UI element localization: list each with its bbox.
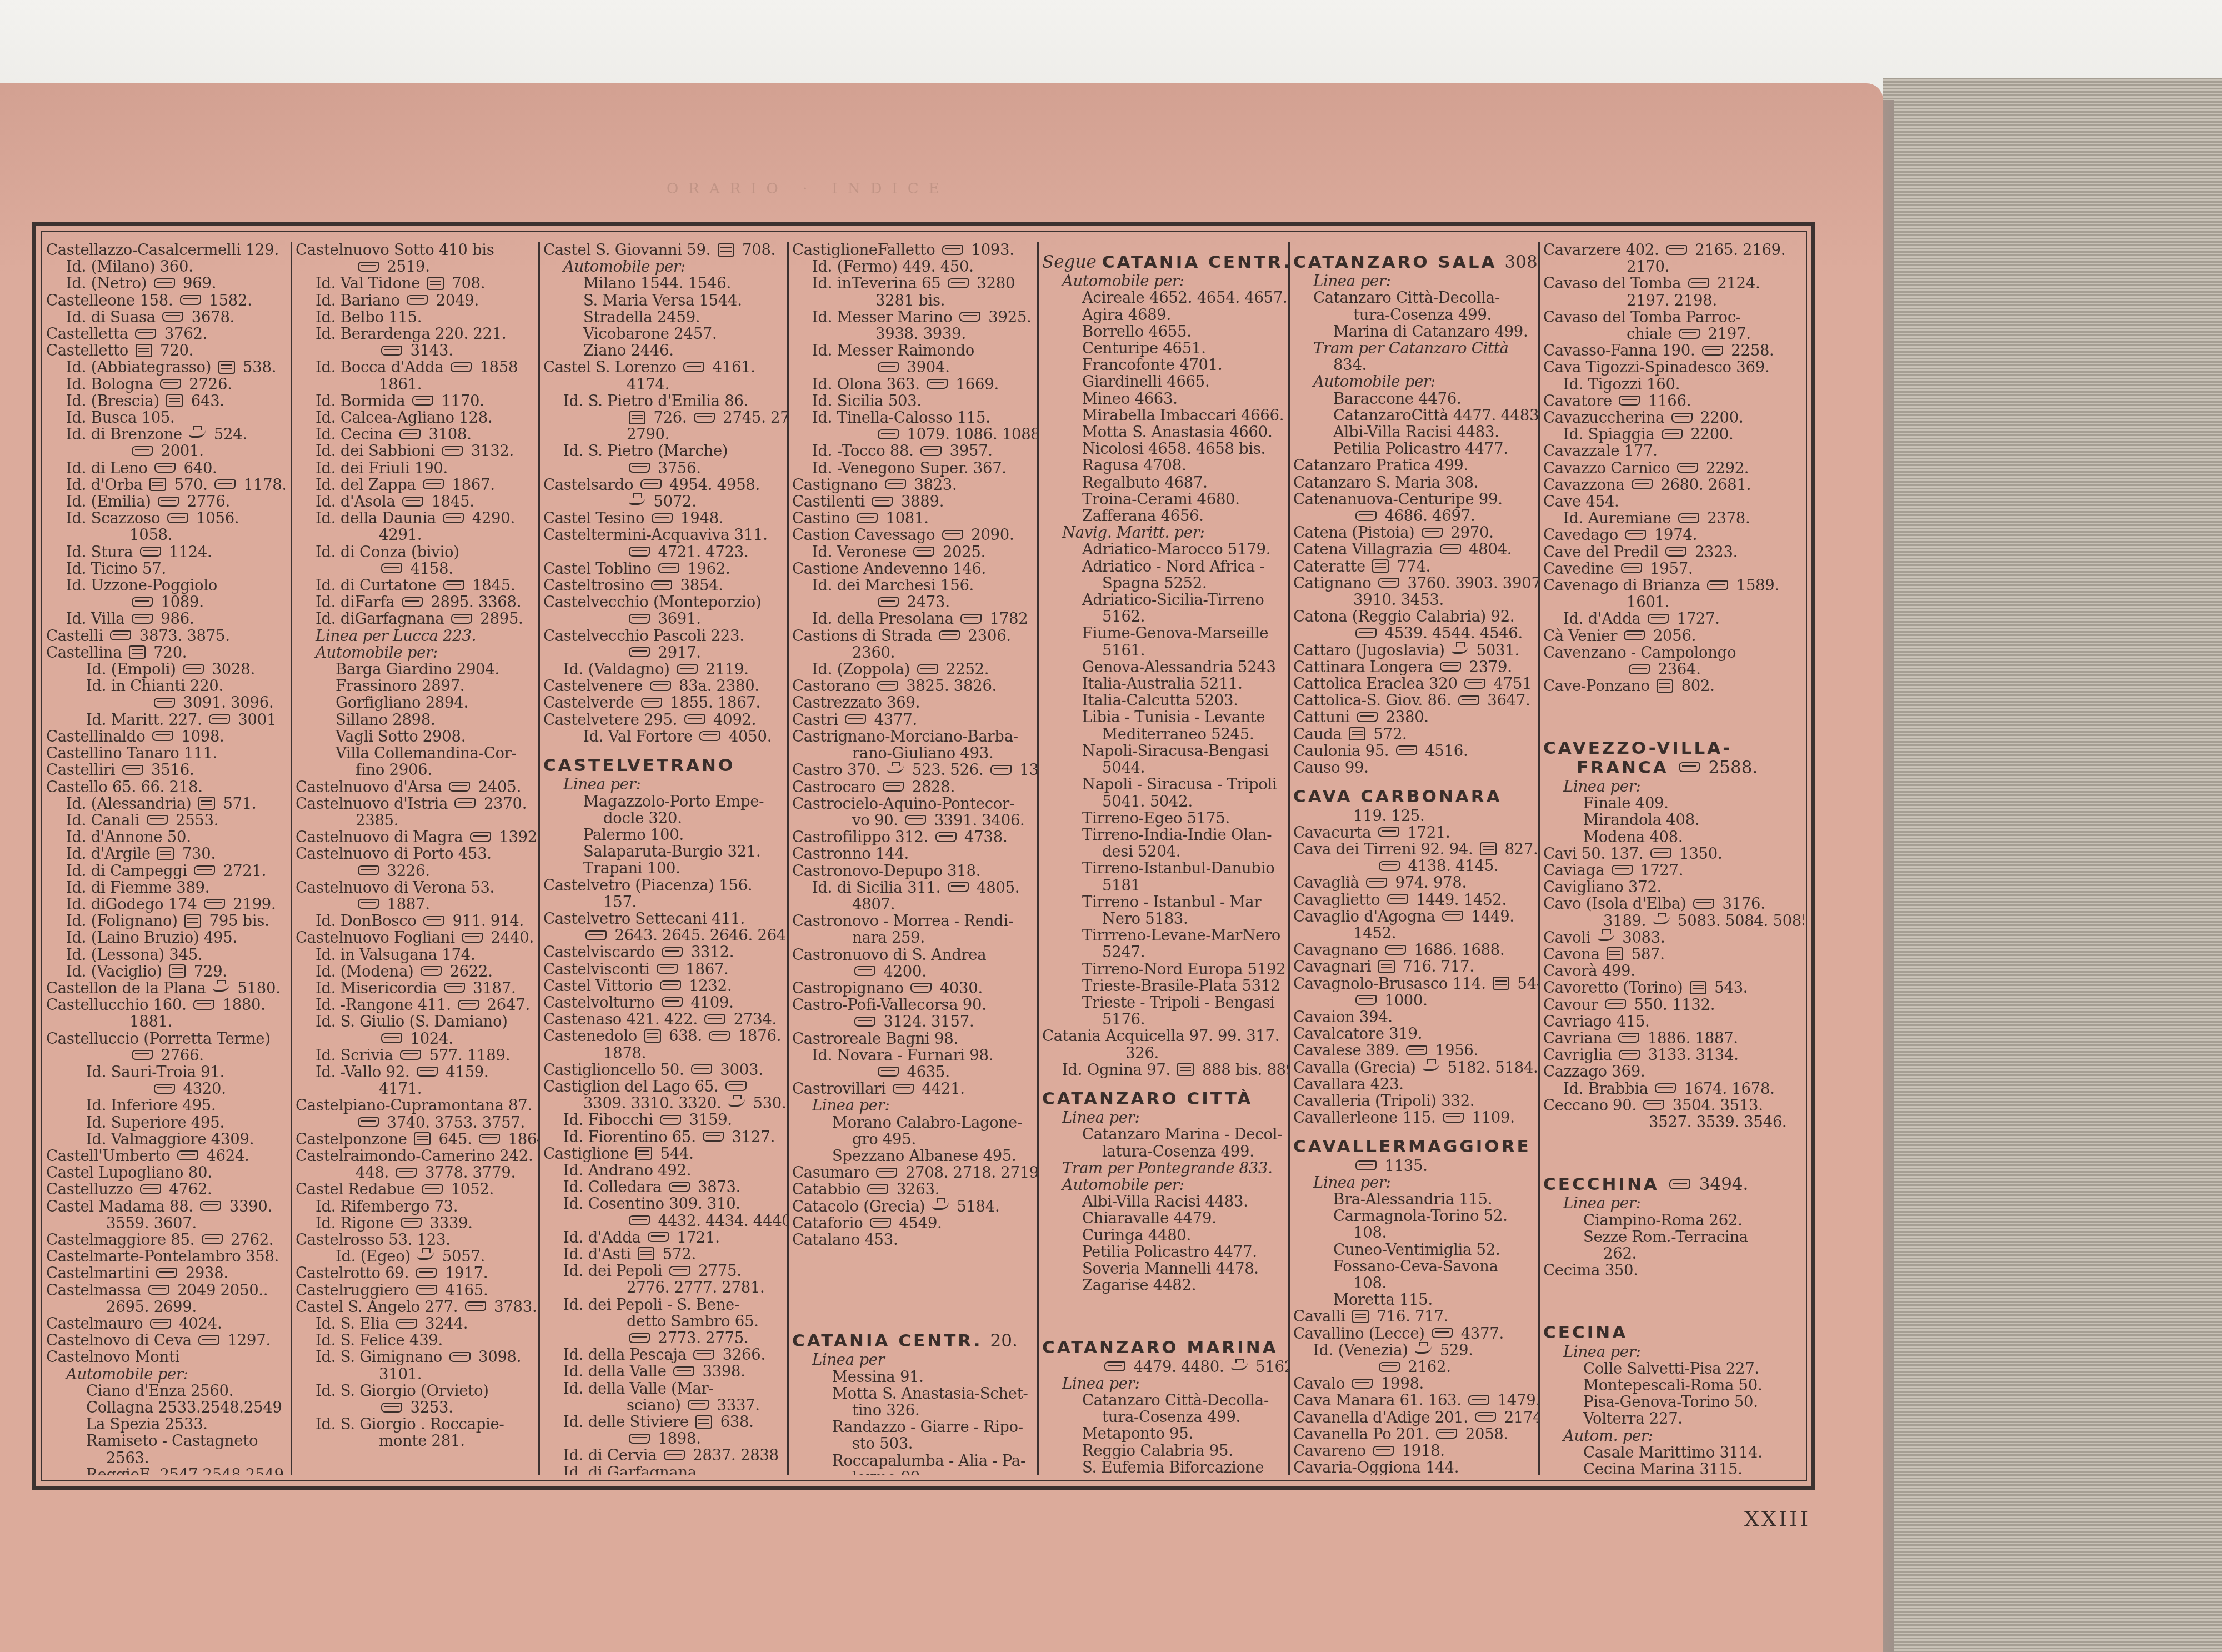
index-entry: Id. (Brescia) 643. bbox=[46, 393, 285, 409]
index-entry: 3559. 3607. bbox=[46, 1215, 285, 1232]
index-entry: Cattolica Eraclea 320 4751 bbox=[1293, 675, 1538, 692]
index-entry: Cecina Marina 3115. bbox=[1543, 1461, 1804, 1475]
index-entry: Roccapalumba - Alia - Pa- bbox=[792, 1453, 1037, 1469]
index-entry: Cavacurta 1721. bbox=[1293, 824, 1538, 841]
index-entry: Castelponzone 645. 1864. bbox=[296, 1131, 538, 1148]
bus-automobile-icon bbox=[877, 681, 898, 691]
index-entry: Castino 1081. bbox=[792, 510, 1037, 527]
heading-reference-numbers: 308 bbox=[1505, 252, 1538, 272]
index-entry: 1887. bbox=[296, 896, 538, 913]
index-entry: Castelnuovo di Magra 1392. bbox=[296, 829, 538, 845]
index-entry: Trieste - Tripoli - Bengasi bbox=[1042, 994, 1288, 1011]
index-entry: Castelnuovo d'Istria 2370. bbox=[296, 795, 538, 812]
index-entry: desi 5204. bbox=[1042, 843, 1288, 860]
index-entry: Id. Val Fortore 4050. bbox=[543, 728, 787, 745]
index-entry: Catona (Reggio Calabria) 92. bbox=[1293, 608, 1538, 625]
index-entry: 3910. 3453. bbox=[1293, 592, 1538, 608]
index-entry: Id. S. Pietro d'Emilia 86. bbox=[543, 393, 787, 409]
bus-automobile-icon bbox=[1458, 695, 1479, 705]
service-type-label: Automobile per: bbox=[296, 644, 538, 661]
bus-automobile-icon bbox=[1432, 1328, 1453, 1338]
bus-automobile-icon bbox=[948, 278, 969, 288]
index-entry: 5072. bbox=[543, 493, 787, 510]
index-entry: Id. di Curtatone 1845. bbox=[296, 577, 538, 594]
index-entry: 4320. bbox=[46, 1080, 285, 1097]
index-entry: Castelnuovo d'Arsa 2405. bbox=[296, 779, 538, 795]
index-entry: 5176. bbox=[1042, 1011, 1288, 1028]
index-entry: Castel S. Giovanni 59. 708. bbox=[543, 242, 787, 258]
bus-automobile-icon bbox=[462, 933, 483, 943]
bus-automobile-icon bbox=[401, 1218, 422, 1228]
bus-automobile-icon bbox=[156, 1268, 177, 1278]
train-carriage-icon bbox=[1349, 727, 1365, 740]
index-column-3: Castel S. Giovanni 59. 708.Automobile pe… bbox=[538, 242, 787, 1475]
section-heading: CATANZARO SALA308 bbox=[1293, 254, 1538, 271]
index-entry: vo 90. 3391. 3406. bbox=[792, 812, 1037, 829]
index-entry: Cava Tigozzi-Spinadesco 369. bbox=[1543, 359, 1804, 376]
index-entry: Id. (Abbiategrasso) 538. bbox=[46, 359, 285, 376]
bus-automobile-icon bbox=[444, 983, 465, 993]
index-entry: Spezzano Albanese 495. bbox=[792, 1148, 1037, 1164]
index-entry: Cavorà 499. bbox=[1543, 963, 1804, 979]
index-entry: Petilia Policastro 4477. bbox=[1293, 440, 1538, 457]
bus-automobile-icon bbox=[1650, 848, 1671, 858]
index-entry: 2364. bbox=[1543, 661, 1804, 678]
index-entry: 3691. bbox=[543, 610, 787, 627]
bus-automobile-icon bbox=[202, 1234, 223, 1244]
bus-automobile-icon bbox=[878, 1067, 899, 1077]
bus-automobile-icon bbox=[1385, 945, 1406, 955]
index-entry: Cavalla (Grecia) 5182. 5184. bbox=[1293, 1059, 1538, 1076]
steamship-icon bbox=[932, 1202, 949, 1210]
bus-automobile-icon bbox=[399, 429, 421, 439]
bus-automobile-icon bbox=[1379, 1362, 1400, 1372]
index-entry: Centuripe 4651. bbox=[1042, 340, 1288, 357]
bus-automobile-icon bbox=[878, 597, 899, 607]
index-entry: Cavazzona 2680. 2681. bbox=[1543, 477, 1804, 493]
index-entry: Id. (Modena) 2622. bbox=[296, 963, 538, 980]
section-heading: CASTELVETRANO bbox=[543, 757, 787, 774]
index-entry: Nero 5183. bbox=[1042, 910, 1288, 927]
index-entry: Id. Scrivia 577. 1189. bbox=[296, 1047, 538, 1064]
bus-automobile-icon bbox=[673, 1366, 694, 1376]
service-type-label: Linea per: bbox=[1543, 1195, 1804, 1212]
bus-automobile-icon bbox=[154, 698, 175, 708]
index-entry: Castelnuovo Fogliani 2440. bbox=[296, 929, 538, 946]
index-entry: Castelmassa 2049 2050.. bbox=[46, 1282, 285, 1299]
train-carriage-icon bbox=[1378, 960, 1395, 973]
index-entry: Sillano 2898. bbox=[296, 712, 538, 728]
index-entry: 157. bbox=[543, 894, 787, 910]
index-entry: Id. d'Orba 570. 1178. bbox=[46, 477, 285, 493]
index-entry: Cavasso-Fanna 190. 2258. bbox=[1543, 342, 1804, 359]
bus-automobile-icon bbox=[648, 1232, 669, 1242]
index-entry: Palermo 100. bbox=[543, 827, 787, 843]
bus-automobile-icon bbox=[1443, 1113, 1464, 1123]
index-entry: Id. S. Giulio (S. Damiano) bbox=[296, 1013, 538, 1030]
index-entry: 2790. bbox=[543, 426, 787, 443]
index-entry: Cavagnolo-Brusasco 114. 544 bbox=[1293, 975, 1538, 992]
bus-automobile-icon bbox=[664, 1450, 685, 1460]
bus-automobile-icon bbox=[421, 966, 442, 976]
index-entry: Albi-Villa Racisi 4483. bbox=[1042, 1193, 1288, 1210]
index-entry: Adriatico-Sicilia-Tirreno bbox=[1042, 592, 1288, 608]
bus-automobile-icon bbox=[1475, 1412, 1496, 1422]
index-entry: Id. Brabbia 1674. 1678. bbox=[1543, 1080, 1804, 1097]
index-entry: Castelvetro (Piacenza) 156. bbox=[543, 877, 787, 894]
bus-automobile-icon bbox=[662, 997, 683, 1007]
index-entry: Bra-Alessandria 115. bbox=[1293, 1191, 1538, 1208]
heading-text: CATANZARO SALA bbox=[1293, 252, 1497, 272]
bus-automobile-icon bbox=[883, 782, 904, 792]
train-carriage-icon bbox=[1657, 679, 1673, 693]
index-entry: Cavalleria (Tripoli) 332. bbox=[1293, 1093, 1538, 1109]
index-entry: Casale Marittimo 3114. bbox=[1543, 1444, 1804, 1461]
index-entry: Id. di Fiemme 389. bbox=[46, 879, 285, 896]
index-entry: Colle Salvetti-Pisa 227. bbox=[1543, 1360, 1804, 1377]
index-entry: Castell'Umberto 4624. bbox=[46, 1148, 285, 1164]
index-entry: Id. Novara - Furnari 98. bbox=[792, 1047, 1037, 1064]
index-entry: Napoli - Siracusa - Tripoli bbox=[1042, 776, 1288, 793]
index-entry: Castronovo - Morrea - Rendi- bbox=[792, 913, 1037, 929]
index-entry: Catania Acquicella 97. 99. 317. bbox=[1042, 1028, 1288, 1044]
index-entry: Id. Bocca d'Adda 1858 bbox=[296, 359, 538, 376]
index-entry: sciano) 3337. bbox=[543, 1397, 787, 1414]
index-entry: Agira 4689. bbox=[1042, 307, 1288, 323]
bus-automobile-icon bbox=[358, 899, 379, 909]
index-entry: Zagarise 4482. bbox=[1042, 1277, 1288, 1294]
index-entry: Id. in Valsugana 174. bbox=[296, 947, 538, 963]
index-entry: Catenanuova-Centuripe 99. bbox=[1293, 491, 1538, 508]
train-carriage-icon bbox=[629, 411, 645, 424]
index-entry: Id. Auremiane 2378. bbox=[1543, 510, 1804, 527]
index-entry: Id. di Suasa 3678. bbox=[46, 309, 285, 326]
index-entry: 5181 bbox=[1042, 877, 1288, 894]
bus-automobile-icon bbox=[132, 1050, 153, 1060]
spacer bbox=[1042, 1294, 1288, 1327]
index-entry: Tirreno-Nord Europa 5192 bbox=[1042, 961, 1288, 978]
index-entry: 1452. bbox=[1293, 925, 1538, 942]
index-entry: 3309. 3310. 3320. 530. bbox=[543, 1095, 787, 1112]
index-entry: 4686. 4697. bbox=[1293, 508, 1538, 524]
train-carriage-icon bbox=[129, 645, 146, 659]
index-entry: Giardinelli 4665. bbox=[1042, 373, 1288, 390]
index-entry: Catalano 453. bbox=[792, 1232, 1037, 1248]
index-entry: Cavanella d'Adige 201. 2174 bbox=[1293, 1409, 1538, 1426]
index-entry: Castrofilippo 312. 4738. bbox=[792, 829, 1037, 845]
index-entry: Castelluccio (Porretta Terme) bbox=[46, 1030, 285, 1047]
index-entry: Id. della Valle 3398. bbox=[543, 1363, 787, 1380]
index-entry: Castelraimondo-Camerino 242. bbox=[296, 1148, 538, 1164]
section-heading: CECINA bbox=[1543, 1324, 1804, 1341]
train-carriage-icon bbox=[218, 361, 235, 374]
bus-automobile-icon bbox=[152, 731, 173, 741]
service-type-label: Automobile per: bbox=[1042, 1177, 1288, 1193]
index-entry: Cavallerleone 115. 1109. bbox=[1293, 1109, 1538, 1126]
heading-text: CECCHINA bbox=[1543, 1174, 1659, 1194]
bus-automobile-icon bbox=[885, 479, 906, 489]
index-entry: Cavazzo Carnico 2292. bbox=[1543, 460, 1804, 477]
index-entry: gro 495. bbox=[792, 1131, 1037, 1148]
index-entry: 3756. bbox=[543, 460, 787, 477]
index-entry: Castrezzato 369. bbox=[792, 694, 1037, 711]
bus-automobile-icon bbox=[629, 647, 650, 657]
bus-automobile-icon bbox=[449, 782, 470, 792]
train-carriage-icon bbox=[157, 847, 174, 860]
index-entry: Castronno 144. bbox=[792, 845, 1037, 862]
bus-automobile-icon bbox=[641, 698, 662, 708]
bus-automobile-icon bbox=[458, 1000, 479, 1010]
index-entry: Id. di Cervia 2837. 2838 bbox=[543, 1447, 787, 1464]
index-entry: Castelletto 720. bbox=[46, 342, 285, 359]
index-entry: Casumaro 2708. 2718. 2719. bbox=[792, 1164, 1037, 1181]
index-entry: Cataforio 4549. bbox=[792, 1215, 1037, 1232]
bus-automobile-icon bbox=[204, 899, 225, 909]
index-column-5: SegueCATANIA CENTR.Automobile per:Acirea… bbox=[1037, 242, 1288, 1475]
bus-automobile-icon bbox=[1440, 662, 1461, 672]
index-entry: Id. della Daunia 4290. bbox=[296, 510, 538, 527]
index-entry: 2473. bbox=[792, 594, 1037, 610]
bus-automobile-icon bbox=[396, 1319, 417, 1329]
index-entry: 1881. bbox=[46, 1013, 285, 1030]
index-entry: 4432. 4434. 4440. bbox=[543, 1213, 787, 1229]
index-entry: 5041. 5042. bbox=[1042, 793, 1288, 810]
index-entry: 4635. bbox=[792, 1064, 1037, 1080]
spacer bbox=[1543, 694, 1804, 728]
bus-automobile-icon bbox=[1624, 630, 1645, 640]
heading-reference-numbers: 20. bbox=[990, 1331, 1018, 1351]
service-type-label: Automobile per: bbox=[543, 258, 787, 275]
bus-automobile-icon bbox=[470, 832, 491, 842]
index-entry: Id. Tigozzi 160. bbox=[1543, 376, 1804, 393]
index-entry: Castel S. Angelo 277. 3783. bbox=[296, 1299, 538, 1315]
index-entry: Cavo (Isola d'Elba) 3176. bbox=[1543, 895, 1804, 912]
index-entry: Id. Canali 2553. bbox=[46, 812, 285, 829]
index-entry: Chiaravalle 4479. bbox=[1042, 1210, 1288, 1227]
index-entry: Id. Valmaggiore 4309. bbox=[46, 1131, 285, 1148]
index-entry: Cavi 50. 137. 1350. bbox=[1543, 845, 1804, 862]
bus-automobile-icon bbox=[132, 614, 153, 624]
index-entry: Cavareno 1918. bbox=[1293, 1443, 1538, 1459]
bus-automobile-icon bbox=[160, 379, 181, 389]
bus-automobile-icon bbox=[150, 1319, 171, 1329]
index-entry: Adriatico-Marocco 5179. bbox=[1042, 541, 1288, 558]
bus-automobile-icon bbox=[1440, 544, 1461, 554]
bus-automobile-icon bbox=[1104, 1361, 1125, 1371]
train-carriage-icon bbox=[427, 277, 444, 290]
bus-automobile-icon bbox=[443, 580, 464, 590]
index-entry: Id. Veronese 2025. bbox=[792, 544, 1037, 560]
index-entry: Cauda 572. bbox=[1293, 726, 1538, 743]
index-entry: 4174. bbox=[543, 376, 787, 393]
index-entry: Castelvecchio (Monteporzio) bbox=[543, 594, 787, 610]
bus-automobile-icon bbox=[1355, 1160, 1377, 1170]
bus-automobile-icon bbox=[651, 580, 672, 590]
train-carriage-icon bbox=[1607, 947, 1623, 960]
index-entry: Castenaso 421. 422. 2734. bbox=[543, 1011, 787, 1028]
bus-automobile-icon bbox=[198, 1335, 219, 1345]
index-entry: Id. Belbo 115. bbox=[296, 309, 538, 326]
index-entry: Cavenzano - Campolongo bbox=[1543, 644, 1804, 661]
index-entry: Catanzaro Città-Decolla- bbox=[1042, 1392, 1288, 1409]
index-entry: Id. (Empoli) 3028. bbox=[46, 661, 285, 678]
bus-automobile-icon bbox=[162, 312, 183, 322]
index-entry: docle 320. bbox=[543, 810, 787, 827]
index-entry: 1024. bbox=[296, 1030, 538, 1047]
bus-automobile-icon bbox=[629, 1333, 650, 1343]
index-entry: Id. della Pescaja 3266. bbox=[543, 1346, 787, 1363]
index-entry: Id. dei Friuli 190. bbox=[296, 460, 538, 477]
index-entry: Italia-Calcutta 5203. bbox=[1042, 692, 1288, 709]
index-entry: Id. (Egeo) 5057. bbox=[296, 1248, 538, 1265]
heading-text: CAVEZZO-VILLA- bbox=[1543, 738, 1732, 758]
index-entry: Adriatico - Nord Africa - bbox=[1042, 558, 1288, 575]
index-entry: Id. (Lessona) 345. bbox=[46, 947, 285, 963]
bus-automobile-icon bbox=[132, 446, 153, 456]
index-entry: Cattolica-S. Giov. 86. 3647. bbox=[1293, 692, 1538, 709]
index-entry: latura-Cosenza 499. bbox=[1042, 1143, 1288, 1160]
train-carriage-icon bbox=[1493, 977, 1509, 990]
bus-automobile-icon bbox=[669, 1266, 690, 1276]
bus-automobile-icon bbox=[180, 295, 201, 305]
index-entry: Castelnovo di Ceva 1297. bbox=[46, 1332, 285, 1349]
bus-automobile-icon bbox=[669, 1182, 690, 1192]
train-carriage-icon bbox=[635, 1147, 652, 1160]
index-entry: Id. della Valle (Mar- bbox=[543, 1380, 787, 1397]
index-entry: Cavazzale 177. bbox=[1543, 443, 1804, 459]
index-entry: Id. -Vallo 92. 4159. bbox=[296, 1064, 538, 1080]
index-entry: Castroreale Bagni 98. bbox=[792, 1030, 1037, 1047]
index-entry: Castelmarte-Pontelambro 358. bbox=[46, 1248, 285, 1265]
bus-automobile-icon bbox=[442, 446, 463, 456]
index-entry: Id. diFarfa 2895. 3368. bbox=[296, 594, 538, 610]
index-column-6: CATANZARO SALA308Linea per:Catanzaro Cit… bbox=[1288, 242, 1538, 1475]
index-entry: Cattaro (Jugoslavia) 5031. bbox=[1293, 642, 1538, 659]
index-entry: Borrello 4655. bbox=[1042, 323, 1288, 340]
bus-automobile-icon bbox=[1693, 899, 1714, 909]
bus-automobile-icon bbox=[1655, 1083, 1676, 1093]
index-entry: rano-Giuliano 493. bbox=[792, 745, 1037, 762]
index-entry: Castel S. Lorenzo 4161. bbox=[543, 359, 787, 376]
bus-automobile-icon bbox=[1396, 745, 1417, 755]
index-entry: Id. di Leno 640. bbox=[46, 460, 285, 477]
bus-automobile-icon bbox=[417, 1067, 438, 1077]
section-heading: CATANZARO MARINA bbox=[1042, 1339, 1288, 1356]
service-type-label: Linea per: bbox=[1293, 1174, 1538, 1191]
index-entry: Id. Messer Marino 3925. bbox=[792, 309, 1037, 326]
index-entry: nara 259. bbox=[792, 929, 1037, 946]
section-heading: FRANCA 2588. bbox=[1543, 759, 1804, 776]
bus-automobile-icon bbox=[1688, 278, 1709, 288]
bus-automobile-icon bbox=[854, 1017, 875, 1027]
bus-automobile-icon bbox=[381, 1403, 402, 1413]
bus-automobile-icon bbox=[691, 1064, 712, 1074]
index-entry: Id. diGarfagnana 2895. bbox=[296, 610, 538, 627]
index-entry: Sezze Rom.-Terracina bbox=[1543, 1229, 1804, 1245]
index-entry: Id. Bariano 2049. bbox=[296, 292, 538, 309]
index-entry: Caviaga 1727. bbox=[1543, 862, 1804, 879]
bus-automobile-icon bbox=[1379, 861, 1400, 871]
bus-automobile-icon bbox=[1436, 1429, 1457, 1439]
index-entry: 1135. bbox=[1293, 1158, 1538, 1174]
index-entry: Castel Toblino 1962. bbox=[543, 560, 787, 577]
bus-automobile-icon bbox=[1678, 513, 1699, 523]
index-entry: Cavalli 716. 717. bbox=[1293, 1308, 1538, 1325]
index-entry: Id. (Venezia) 529. bbox=[1293, 1342, 1538, 1359]
service-type-label: Automobile per: bbox=[1293, 373, 1538, 390]
section-heading: CECCHINA 3494. bbox=[1543, 1176, 1804, 1193]
index-entry: Id. diGodego 174 2199. bbox=[46, 896, 285, 913]
bus-automobile-icon bbox=[1378, 827, 1399, 837]
index-entry: Catacolo (Grecia) 5184. bbox=[792, 1198, 1037, 1215]
index-entry: Regalbuto 4687. bbox=[1042, 474, 1288, 491]
bus-automobile-icon bbox=[1666, 245, 1687, 255]
bus-automobile-icon bbox=[876, 1168, 897, 1178]
bus-automobile-icon bbox=[629, 547, 650, 557]
index-entry: Castropignano 4030. bbox=[792, 980, 1037, 997]
section-heading: CATANZARO CITTÀ bbox=[1042, 1090, 1288, 1107]
index-entry: Id. in Chianti 220. bbox=[46, 678, 285, 694]
train-carriage-icon bbox=[149, 478, 166, 491]
index-entry: Castiglione 544. bbox=[543, 1145, 787, 1162]
bus-automobile-icon bbox=[140, 1184, 161, 1194]
index-entry: Id. Messer Raimondo bbox=[792, 342, 1037, 359]
bus-automobile-icon bbox=[358, 262, 379, 272]
train-carriage-icon bbox=[638, 1247, 654, 1260]
bus-automobile-icon bbox=[920, 446, 942, 456]
bus-automobile-icon bbox=[1464, 679, 1485, 689]
bus-automobile-icon bbox=[878, 362, 899, 372]
index-entry: Id. S. Giorgio (Orvieto) bbox=[296, 1383, 538, 1399]
train-carriage-icon bbox=[414, 1132, 431, 1145]
index-entry: Id. (Vaciglio) 729. bbox=[46, 963, 285, 980]
index-entry: Castrovillari 4421. bbox=[792, 1080, 1037, 1097]
index-entry: Cava Manara 61. 163. 1479. bbox=[1293, 1392, 1538, 1409]
index-entry: Cavallino (Lecce) 4377. bbox=[1293, 1325, 1538, 1342]
index-entry: Catanzaro Città-Decolla- bbox=[1293, 289, 1538, 306]
index-entry: Salaparuta-Burgio 321. bbox=[543, 843, 787, 860]
index-entry: Motta S. Anastasia 4660. bbox=[1042, 424, 1288, 440]
index-entry: Tirreno-Istanbul-Danubio bbox=[1042, 860, 1288, 877]
index-entry: Baraccone 4476. bbox=[1293, 391, 1538, 407]
index-column-1: Castellazzo-Casalcermelli 129.Id. (Milan… bbox=[46, 242, 285, 1475]
index-entry: Id. Fiorentino 65. 3127. bbox=[543, 1129, 787, 1145]
bus-automobile-icon bbox=[135, 329, 156, 339]
index-entry: Id. Cosentino 309. 310. bbox=[543, 1195, 787, 1212]
index-entry: 1058. bbox=[46, 527, 285, 543]
index-entry: Cavaglià 974. 978. bbox=[1293, 874, 1538, 891]
index-entry: Id. di Brenzone 524. bbox=[46, 426, 285, 443]
index-entry: Castellucchio 160. 1880. bbox=[46, 997, 285, 1013]
steamship-icon bbox=[1231, 1362, 1248, 1370]
steamship-icon bbox=[1653, 916, 1670, 924]
index-entry: 2773. 2775. bbox=[543, 1330, 787, 1346]
index-entry: Cattuni 2380. bbox=[1293, 709, 1538, 725]
index-entry: 262. bbox=[1543, 1245, 1804, 1262]
index-entry: Id. d'Adda 1721. bbox=[543, 1229, 787, 1246]
train-carriage-icon bbox=[1480, 842, 1497, 855]
train-carriage-icon bbox=[1372, 559, 1389, 573]
index-entry: 3904. bbox=[792, 359, 1037, 376]
bus-automobile-icon bbox=[412, 396, 433, 406]
bus-automobile-icon bbox=[154, 463, 176, 473]
index-entry: Ramiseto - Castagneto bbox=[46, 1433, 285, 1449]
index-entry: 1601. bbox=[1543, 594, 1804, 610]
index-entry: 5247. bbox=[1042, 944, 1288, 960]
bus-automobile-icon bbox=[1468, 1395, 1489, 1405]
index-entry: Id. -Rangone 411. 2647. bbox=[296, 997, 538, 1013]
service-type-label: Linea per: bbox=[1042, 1109, 1288, 1126]
